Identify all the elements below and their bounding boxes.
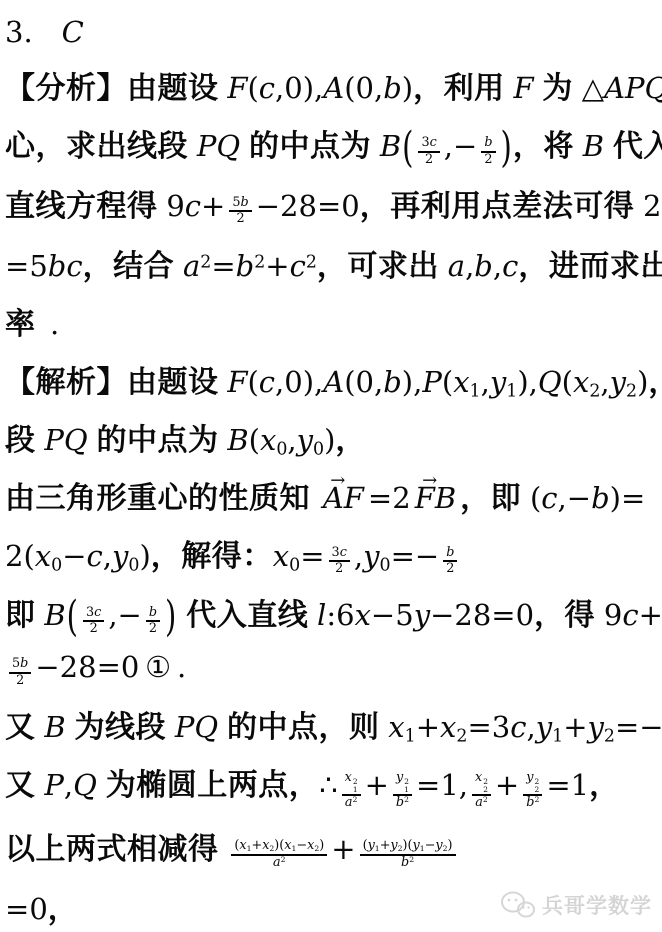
math-text: B(x0,y0) (227, 423, 335, 457)
cjk-text: 的中点，则 (218, 711, 388, 744)
numerator: 5b (229, 196, 251, 212)
math-text: 2(x0−c,y0) (5, 539, 151, 573)
math-text: + (495, 768, 519, 802)
subsup: 21 (404, 778, 409, 794)
cjk-text: 即 (5, 599, 44, 632)
document-line-8: 段 PQ 的中点为 B(x0,y0)， (5, 408, 662, 466)
fraction: x22a2 (472, 771, 491, 810)
math-text: + (365, 768, 389, 802)
math-text: =5bc (5, 249, 83, 283)
cjk-text: 代入直线 (177, 599, 317, 632)
superscript: 2 (353, 795, 358, 804)
subscript: 0 (51, 555, 62, 575)
cjk-text: 率 (5, 308, 36, 341)
numerator: 3c (83, 606, 104, 622)
numerator: x21 (342, 771, 361, 796)
subscript: 1 (506, 381, 517, 401)
cjk-text: ，即 (460, 482, 530, 515)
cjk-text: 以上两式相减得 (5, 833, 227, 866)
denominator: b2 (360, 856, 456, 870)
math-text: B (44, 710, 65, 744)
cjk-text: 由三角形重心的性质知 (5, 482, 319, 515)
cjk-text: 为线段 (66, 711, 175, 744)
cjk-text: ，得 (534, 599, 604, 632)
document-line-10: 2(x0−c,y0)，解得：x0=3c2,y0=−b2 (5, 524, 662, 584)
numerator: x22 (472, 771, 491, 796)
subscript: 2 (626, 381, 637, 401)
superscript: 2 (306, 252, 317, 272)
subsup: 22 (535, 778, 540, 794)
math-text: =0 (5, 892, 48, 926)
subscript: 0 (289, 555, 300, 575)
denominator: b2 (523, 796, 542, 810)
subscript: 0 (379, 555, 390, 575)
math-text: 3. C (5, 15, 84, 49)
numerator: 5b (9, 657, 31, 673)
numerator: 3c (418, 136, 439, 152)
math-text: F (513, 71, 533, 105)
superscript: 2 (483, 795, 488, 804)
cjk-text: 又 (5, 711, 44, 744)
cjk-text: 【解析】由题设 (5, 366, 227, 399)
document-line-6: 率 . (5, 292, 662, 350)
fraction: b2 (481, 136, 495, 167)
document-line-14: 又 P,Q 为椭圆上两点，∴x21a2+y21b2=1,x22a2+y22b2=… (5, 753, 662, 817)
fraction: y21b2 (393, 771, 412, 810)
subscript: 1 (405, 726, 416, 746)
denominator: b2 (393, 796, 412, 810)
document-line-13: 又 B 为线段 PQ 的中点，则 x1+x2=3c,y1+y2=−b， (5, 695, 662, 753)
math-text: l:6x−5y−28=0 (317, 598, 534, 632)
cjk-text: 为 (534, 72, 582, 105)
denominator: 2 (83, 622, 104, 636)
document-line-12: 5b2−28=0 ① . (5, 643, 662, 695)
math-text: x0= (273, 539, 325, 573)
document-line-15: 以上两式相减得 (x1+x2)(x1−x2)a2+(y1+y2)(y1−y2)b… (5, 817, 662, 877)
math-text: 9c+ (166, 189, 225, 223)
document-line-1: 3. C (5, 8, 662, 56)
subscript: 2 (456, 726, 467, 746)
math-solution-document: 3. C【分析】由题设 F(c,0),A(0,b)，利用 F 为 △APQ 的重… (0, 0, 662, 932)
fraction: x21a2 (342, 771, 361, 810)
numerator: b (481, 136, 495, 152)
subscript: 0 (276, 439, 287, 459)
cjk-text: ，则线 (648, 366, 662, 399)
cjk-text: 代入 (604, 130, 662, 163)
big-paren: ) (165, 592, 176, 641)
document-line-9: 由三角形重心的性质知 AF=2FB，即 (c,−b)= (5, 466, 662, 524)
fraction: 5b2 (229, 196, 251, 227)
document-lines: 3. C【分析】由题设 F(c,0),A(0,b)，利用 F 为 △APQ 的重… (5, 8, 662, 932)
math-text: F(c,0),A(0,b),P(x1,y1),Q(x2,y2) (227, 365, 648, 399)
numerator: (x1+x2)(x1−x2) (231, 839, 327, 855)
math-text: =1 (546, 768, 589, 802)
denominator: 2 (418, 153, 439, 167)
math-text: F(c,0),A(0,b) (227, 71, 413, 105)
numerator: y22 (523, 771, 542, 796)
math-text: ,− (444, 129, 478, 163)
numerator: b (146, 606, 160, 622)
math-text: a2=b2+c2 (183, 249, 317, 283)
big-paren: ( (402, 122, 413, 171)
fraction: b2 (146, 606, 160, 637)
superscript: 2 (281, 855, 286, 864)
math-text: 9c+ (604, 598, 662, 632)
numerator: b (443, 546, 457, 562)
math-text: P,Q (44, 768, 97, 802)
numerator: y21 (393, 771, 412, 796)
numerator: 3c (329, 546, 350, 562)
watermark-label: 兵哥学数学 (542, 890, 652, 920)
math-text: x1+x2=3c,y1+y2=−b (388, 710, 662, 744)
document-line-3: 心，求出线段 PQ 的中点为 B(3c2,−b2)，将 B 代入 (5, 114, 662, 174)
cjk-text: ， (589, 769, 620, 802)
cjk-text: ，可求出 (317, 250, 448, 283)
vector: FB (415, 481, 456, 515)
big-paren: ( (67, 592, 78, 641)
cjk-text: ，利用 (413, 72, 513, 105)
denominator: 2 (443, 562, 457, 576)
fraction: b2 (443, 546, 457, 577)
denominator: 2 (229, 212, 251, 226)
subsup: 21 (353, 778, 358, 794)
fraction: 3c2 (418, 136, 439, 167)
fraction: 3c2 (83, 606, 104, 637)
cjk-text: 为椭圆上两点， (97, 769, 319, 802)
subscript: 2 (589, 381, 600, 401)
subscript: 1 (552, 726, 563, 746)
math-text: 2a2 (643, 189, 662, 223)
math-text: −28=0 ① . (35, 650, 186, 684)
fraction: 5b2 (9, 657, 31, 688)
math-text: . (36, 307, 60, 341)
math-text: ∴ (319, 768, 337, 802)
fraction: (x1+x2)(x1−x2)a2 (231, 839, 327, 870)
math-text: −28=0 (256, 189, 360, 223)
denominator: a2 (342, 796, 361, 810)
cjk-text: ，解得： (151, 540, 273, 573)
denominator: a2 (472, 796, 491, 810)
big-paren: ) (501, 122, 512, 171)
denominator: 2 (9, 674, 31, 688)
math-text: =1, (416, 768, 468, 802)
numerator: (y1+y2)(y1−y2) (360, 839, 456, 855)
math-text: △APQ (582, 71, 662, 105)
math-text: a,b,c (448, 249, 519, 283)
cjk-text: 的中点为 (240, 130, 380, 163)
cjk-text: ，进而求出离心 (518, 250, 662, 283)
denominator: a2 (231, 856, 327, 870)
fraction: 3c2 (329, 546, 350, 577)
superscript: 2 (409, 855, 414, 864)
superscript: 2 (200, 252, 211, 272)
cjk-text: 心，求出线段 (5, 130, 197, 163)
subscript: 0 (313, 439, 324, 459)
cjk-text: ， (48, 893, 79, 926)
document-line-4: 直线方程得 9c+5b2−28=0，再利用点差法可得 2a2 (5, 174, 662, 234)
cjk-text: 的中点为 (88, 424, 228, 457)
math-text: B (44, 598, 65, 632)
denominator: 2 (146, 622, 160, 636)
superscript: 2 (404, 795, 409, 804)
denominator: 2 (329, 562, 350, 576)
math-text: ,y0=− (354, 539, 439, 573)
subsup: 22 (483, 778, 488, 794)
denominator: 2 (481, 153, 495, 167)
document-line-11: 即 B(3c2,−b2) 代入直线 l:6x−5y−28=0，得 9c+ (5, 583, 662, 643)
vector: AF (323, 481, 364, 515)
cjk-text: ，再利用点差法可得 (360, 190, 643, 223)
cjk-text: ，结合 (83, 250, 183, 283)
math-text: ,− (108, 598, 142, 632)
math-text: PQ (44, 423, 87, 457)
cjk-text: 段 (5, 424, 44, 457)
math-text: + (331, 832, 355, 866)
math-text: (c,−b)= (530, 481, 645, 515)
wechat-icon (500, 890, 536, 920)
subscript: 1 (470, 381, 481, 401)
math-text: B (583, 129, 604, 163)
math-text: PQ (197, 129, 240, 163)
cjk-text: ， (335, 424, 366, 457)
cjk-text: ，将 (513, 130, 583, 163)
subscript: 2 (604, 726, 615, 746)
document-line-7: 【解析】由题设 F(c,0),A(0,b),P(x1,y1),Q(x2,y2)，… (5, 350, 662, 408)
cjk-text: 直线方程得 (5, 190, 166, 223)
math-text: =2 (368, 481, 411, 515)
watermark: 兵哥学数学 (500, 890, 652, 920)
math-text: PQ (175, 710, 218, 744)
cjk-text: 【分析】由题设 (5, 72, 227, 105)
math-text: B (380, 129, 401, 163)
document-line-2: 【分析】由题设 F(c,0),A(0,b)，利用 F 为 △APQ 的重 (5, 56, 662, 114)
superscript: 2 (534, 795, 539, 804)
superscript: 2 (254, 252, 265, 272)
document-line-5: =5bc，结合 a2=b2+c2，可求出 a,b,c，进而求出离心 (5, 234, 662, 292)
fraction: y22b2 (523, 771, 542, 810)
subscript: 0 (128, 555, 139, 575)
fraction: (y1+y2)(y1−y2)b2 (360, 839, 456, 870)
cjk-text: 又 (5, 769, 44, 802)
